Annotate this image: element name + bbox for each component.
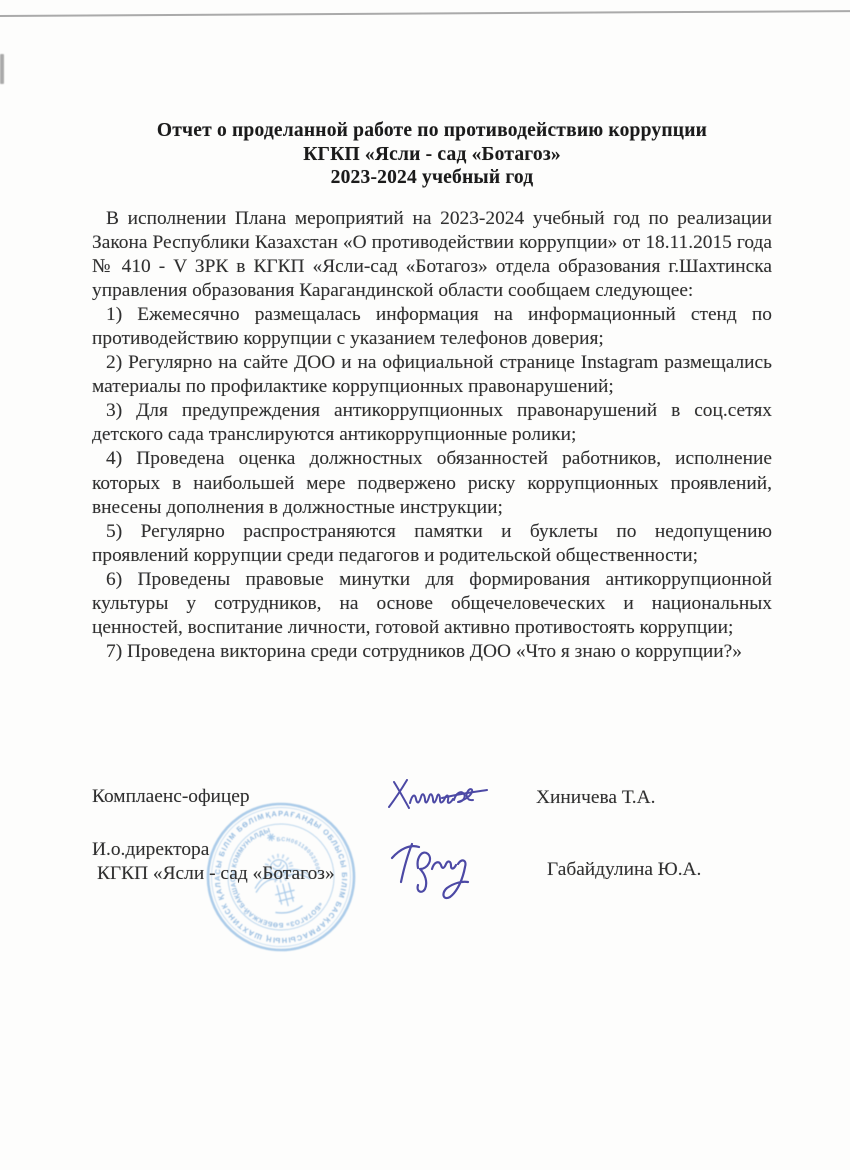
handwritten-signature-khinicheva — [386, 773, 492, 813]
scan-edge-line — [0, 10, 850, 17]
report-item-6: 6) Проведены правовые минутки для формир… — [92, 568, 772, 640]
report-text: В исполнении Плана мероприятий на 2023-2… — [92, 207, 772, 665]
report-item-4: 4) Проведена оценка должностных обязанно… — [92, 447, 772, 519]
report-item-1: 1) Ежемесячно размещалась информация на … — [92, 303, 772, 351]
scan-corner-artifact — [0, 54, 4, 84]
title-line-1: Отчет о проделанной работе по противодей… — [92, 119, 772, 143]
signer-name-khinicheva: Хиничева Т.А. — [536, 787, 655, 809]
signer-role-acting-director-line2: КГКП «Ясли - сад «Ботагоз» — [97, 863, 335, 885]
handwritten-signature-gabaydulina — [382, 836, 480, 906]
title-line-2: КГКП «Ясли - сад «Ботагоз» — [92, 143, 772, 167]
document-title: Отчет о проделанной работе по противодей… — [92, 119, 772, 190]
report-item-2: 2) Регулярно на сайте ДОО и на официальн… — [92, 351, 772, 399]
intro-paragraph: В исполнении Плана мероприятий на 2023-2… — [92, 207, 772, 303]
report-item-5: 5) Регулярно распространяются памятки и … — [92, 520, 772, 568]
report-item-3: 3) Для предупреждения антикоррупционных … — [92, 399, 772, 447]
signer-role-compliance-officer: Комплаенс-офицер — [92, 786, 250, 808]
document-body: Отчет о проделанной работе по противодей… — [92, 119, 772, 664]
title-line-3: 2023-2024 учебный год — [92, 166, 772, 190]
scanned-document-page: ҚАРАҒАНДЫ ОБЛЫСЫ БІЛІМ БАСҚАРМАСЫНЫҢ ШАХ… — [0, 0, 850, 1170]
signer-role-acting-director-line1: И.о.директора — [92, 839, 209, 861]
signer-name-gabaydulina: Габайдулина Ю.А. — [547, 859, 701, 881]
report-item-7: 7) Проведена викторина среди сотрудников… — [92, 640, 772, 664]
